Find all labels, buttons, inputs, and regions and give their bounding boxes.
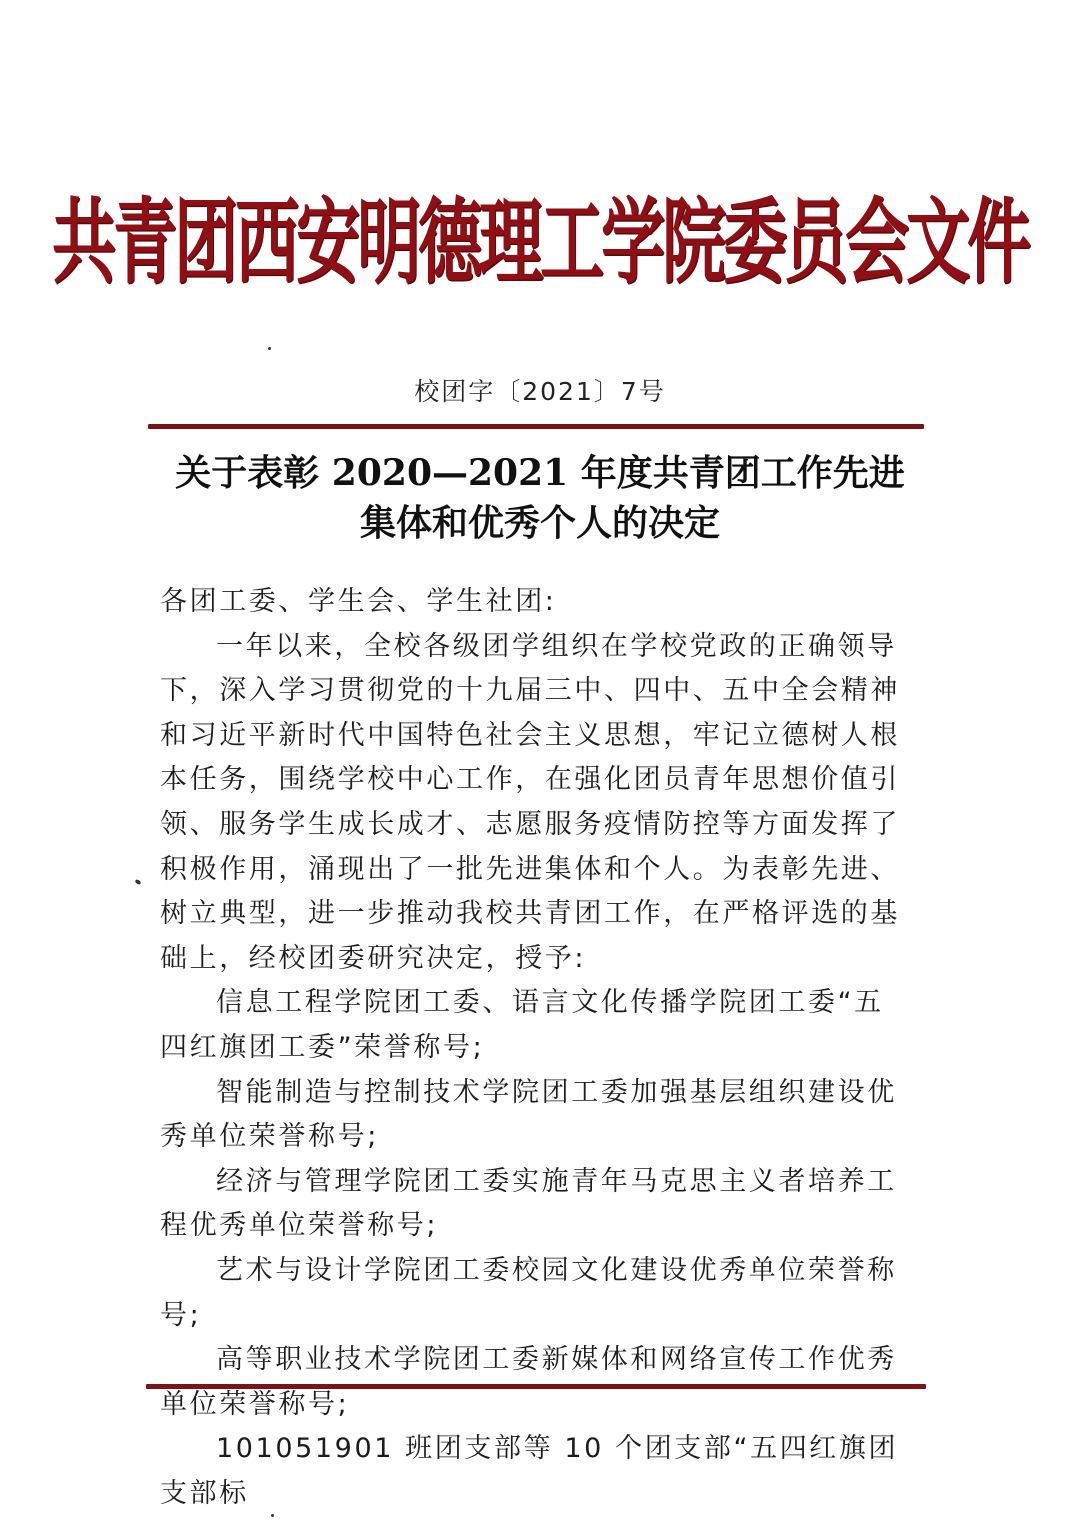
paragraph-intro: 一年以来，全校各级团学组织在学校党政的正确领导下，深入学习贯彻党的十九届三中、四… [160,625,910,982]
scan-speck [134,879,141,886]
scan-speck [271,1514,274,1517]
red-divider-top [148,424,924,429]
paragraph-award-1: 信息工程学院团工委、语言文化传播学院团工委“五四红旗团工委”荣誉称号; [160,981,910,1070]
red-divider-bottom [146,1384,926,1389]
scan-speck [268,347,271,350]
document-number: 校团字〔2021〕7号 [0,372,1080,408]
document-body: 各团工委、学生会、学生社团: 一年以来，全校各级团学组织在学校党政的正确领导下，… [160,580,910,1516]
salutation: 各团工委、学生会、学生社团: [160,580,910,625]
paragraph-award-3: 经济与管理学院团工委实施青年马克思主义者培养工程优秀单位荣誉称号; [160,1160,910,1249]
paragraph-award-6: 101051901 班团支部等 10 个团支部“五四红旗团支部标 [160,1427,910,1516]
paragraph-award-5: 高等职业技术学院团工委新媒体和网络宣传工作优秀单位荣誉称号; [160,1338,910,1427]
decision-title-line-2: 集体和优秀个人的决定 [140,498,940,548]
paragraph-award-4: 艺术与设计学院团工委校园文化建设优秀单位荣誉称号; [160,1249,910,1338]
document-header-title: 共青团西安明德理工学院委员会文件 [160,155,920,315]
paragraph-award-2: 智能制造与控制技术学院团工委加强基层组织建设优秀单位荣誉称号; [160,1071,910,1160]
decision-title-line-1: 关于表彰 2020—2021 年度共青团工作先进 [140,448,940,498]
decision-title: 关于表彰 2020—2021 年度共青团工作先进 集体和优秀个人的决定 [140,448,940,548]
